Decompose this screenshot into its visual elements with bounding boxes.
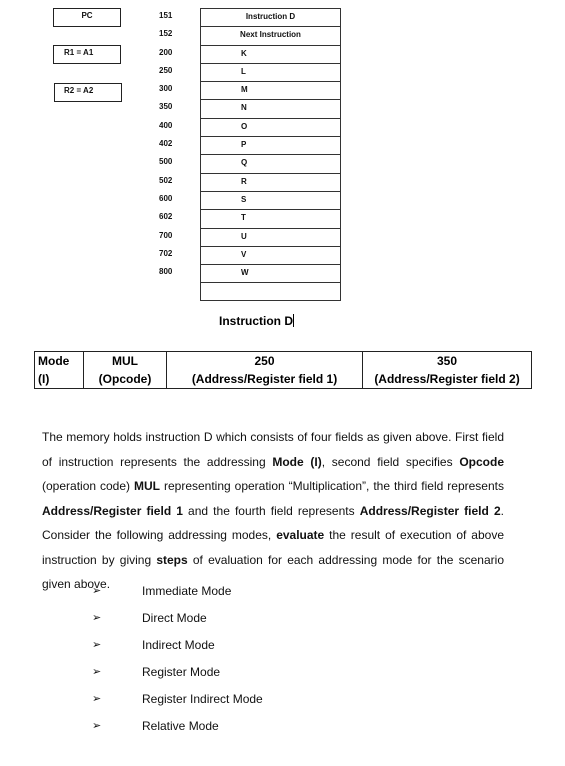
memory-cell: S: [200, 191, 341, 209]
memory-address: 350: [159, 102, 172, 111]
addressing-mode-label: Immediate Mode: [142, 584, 231, 598]
bold-term: steps: [156, 553, 187, 567]
memory-address: 200: [159, 48, 172, 57]
field-mode: Mode(I): [35, 352, 84, 389]
instruction-format-table: Mode(I) MUL(Opcode) 250(Address/Register…: [34, 351, 532, 389]
memory-cell: Q: [200, 154, 341, 172]
addressing-mode-label: Relative Mode: [142, 719, 219, 733]
memory-cell: W: [200, 264, 341, 282]
instruction-caption: Instruction D: [219, 314, 294, 328]
memory-row: [155, 282, 345, 300]
memory-row: 402P: [155, 136, 345, 154]
field-address-1: 250(Address/Register field 1): [167, 352, 363, 389]
memory-row: 400O: [155, 118, 345, 136]
arrowhead-bullet-icon: ➢: [92, 611, 101, 624]
addressing-mode-label: Register Indirect Mode: [142, 692, 263, 706]
addressing-mode-label: Register Mode: [142, 665, 220, 679]
memory-cell: Instruction D: [200, 8, 341, 26]
field-title: 350: [366, 352, 528, 370]
memory-cell: T: [200, 209, 341, 227]
memory-row: 800W: [155, 264, 345, 282]
memory-row: 300M: [155, 81, 345, 99]
addressing-mode-label: Direct Mode: [142, 611, 207, 625]
question-paragraph: The memory holds instruction D which con…: [42, 425, 504, 597]
field-subtitle: (Address/Register field 2): [366, 370, 528, 388]
memory-address: 300: [159, 84, 172, 93]
memory-address: 402: [159, 139, 172, 148]
memory-row: 250L: [155, 63, 345, 81]
memory-cell: O: [200, 118, 341, 136]
memory-address: 602: [159, 212, 172, 221]
memory-address: 700: [159, 231, 172, 240]
memory-address: 400: [159, 121, 172, 130]
bold-term: Mode (I): [272, 455, 321, 469]
memory-cell: L: [200, 63, 341, 81]
register-r2-box: R2 = A2: [54, 83, 122, 102]
field-title: 250: [170, 352, 359, 370]
bold-term: Opcode: [459, 455, 504, 469]
memory-address: 702: [159, 249, 172, 258]
addressing-mode-label: Indirect Mode: [142, 638, 215, 652]
memory-row: 600S: [155, 191, 345, 209]
memory-address: 500: [159, 157, 172, 166]
field-subtitle: (Opcode): [87, 370, 163, 388]
memory-address: 250: [159, 66, 172, 75]
field-subtitle: (Address/Register field 1): [170, 370, 359, 388]
register-label: R1 = A1: [64, 48, 93, 57]
bold-term: MUL: [134, 479, 160, 493]
bold-term: Address/Register field 1: [42, 504, 183, 518]
memory-cell: M: [200, 81, 341, 99]
memory-cell: U: [200, 228, 341, 246]
memory-address: 502: [159, 176, 172, 185]
memory-row: 152Next Instruction: [155, 26, 345, 44]
memory-address: 152: [159, 29, 172, 38]
memory-row: 702V: [155, 246, 345, 264]
memory-cell: R: [200, 173, 341, 191]
memory-row: 350N: [155, 99, 345, 117]
memory-address: 800: [159, 267, 172, 276]
register-pc-box: PC: [53, 8, 121, 27]
register-r1-box: R1 = A1: [53, 45, 121, 64]
memory-cell: K: [200, 45, 341, 63]
instruction-format-row: Mode(I) MUL(Opcode) 250(Address/Register…: [35, 352, 532, 389]
memory-address: 600: [159, 194, 172, 203]
memory-row: 602T: [155, 209, 345, 227]
register-label: PC: [54, 11, 120, 20]
arrowhead-bullet-icon: ➢: [92, 692, 101, 705]
field-title: Mode: [38, 352, 80, 370]
memory-row: 500Q: [155, 154, 345, 172]
memory-cell: N: [200, 99, 341, 117]
memory-row: 700U: [155, 228, 345, 246]
memory-row: 502R: [155, 173, 345, 191]
bold-term: evaluate: [276, 528, 324, 542]
instruction-caption-text: Instruction D: [219, 314, 293, 328]
register-label: R2 = A2: [64, 86, 93, 95]
memory-cell: [200, 282, 341, 300]
memory-address: 151: [159, 11, 172, 20]
arrowhead-bullet-icon: ➢: [92, 584, 101, 597]
memory-table: 151Instruction D152Next Instruction200K2…: [155, 8, 345, 301]
field-subtitle: (I): [38, 370, 80, 388]
memory-cell: V: [200, 246, 341, 264]
field-address-2: 350(Address/Register field 2): [363, 352, 532, 389]
memory-cell: Next Instruction: [200, 26, 341, 44]
memory-cell: P: [200, 136, 341, 154]
field-title: MUL: [87, 352, 163, 370]
arrowhead-bullet-icon: ➢: [92, 719, 101, 732]
memory-row: 151Instruction D: [155, 8, 345, 26]
arrowhead-bullet-icon: ➢: [92, 638, 101, 651]
field-opcode: MUL(Opcode): [84, 352, 167, 389]
memory-row: 200K: [155, 45, 345, 63]
arrowhead-bullet-icon: ➢: [92, 665, 101, 678]
text-cursor: [293, 314, 294, 327]
bold-term: Address/Register field 2: [360, 504, 501, 518]
